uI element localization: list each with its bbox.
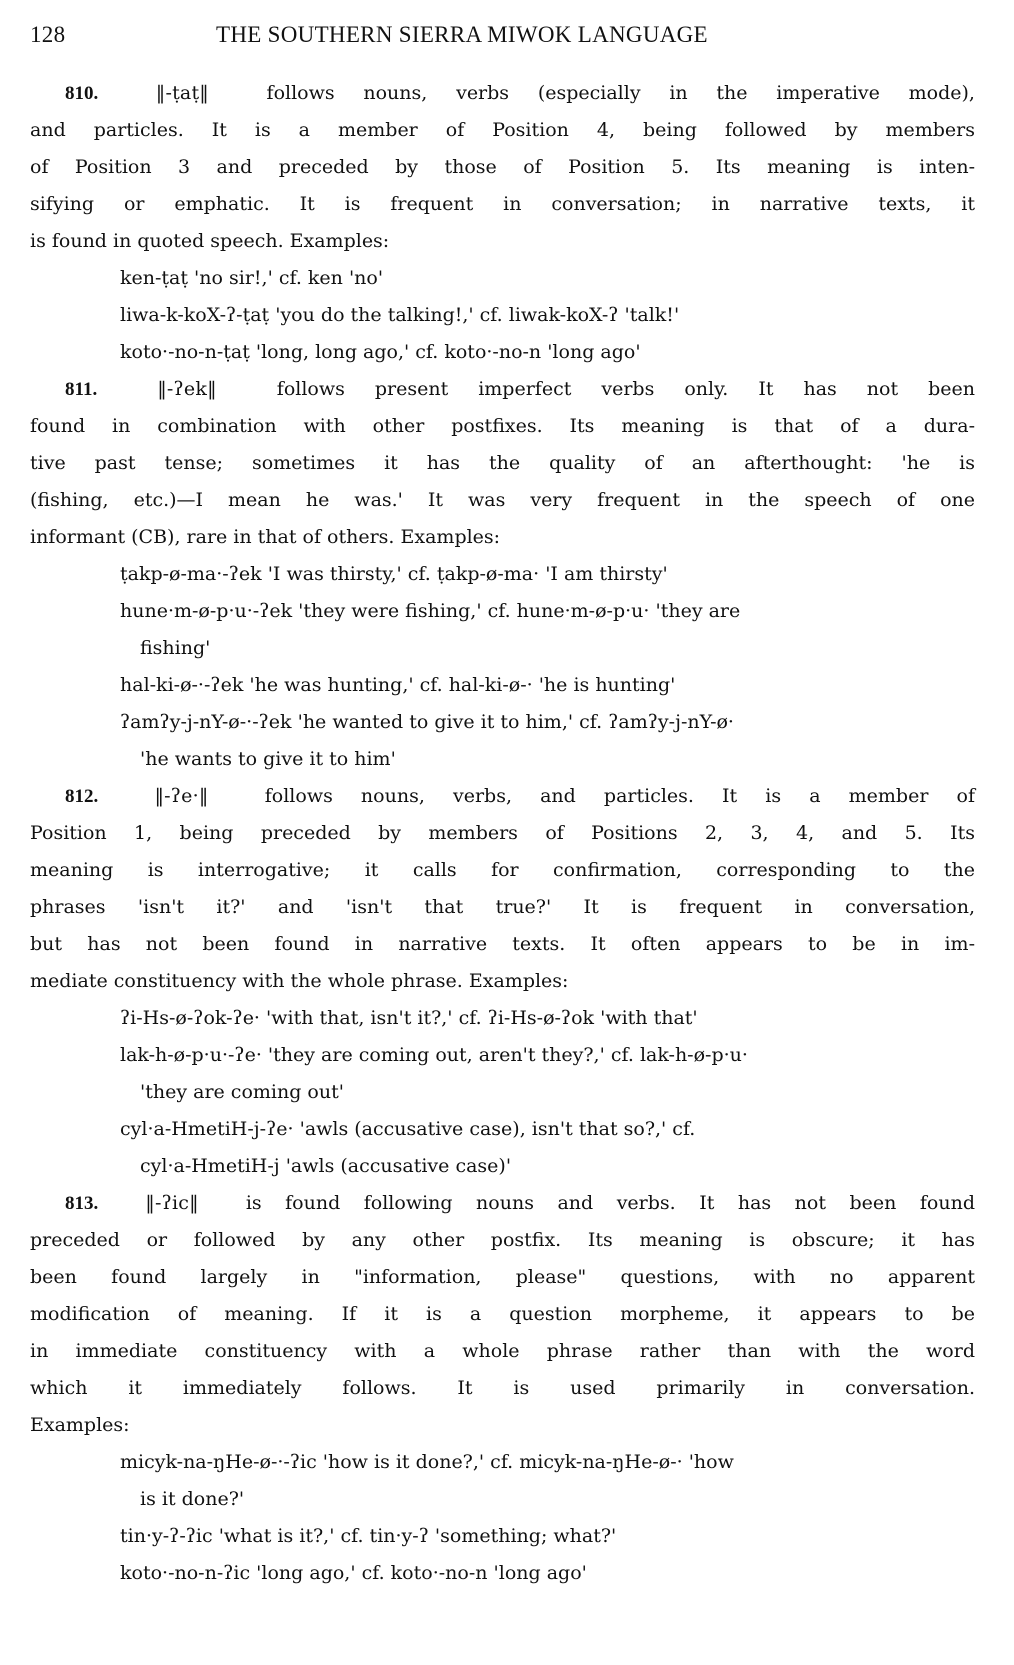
- section-number: 811.: [65, 379, 97, 400]
- example-line: ṭakp-ø-ma·-ʔek 'I was thirsty,' cf. ṭakp…: [30, 556, 975, 593]
- paragraph-text: follows present imperfect verbs only. It…: [277, 378, 975, 400]
- section-number: 813.: [65, 1193, 98, 1214]
- example-line: hal-ki-ø-·-ʔek 'he was hunting,' cf. hal…: [30, 667, 975, 704]
- page-number: 128: [30, 22, 65, 48]
- paragraph-line: mediate constituency with the whole phra…: [30, 963, 975, 1000]
- paragraph-line: but has not been found in narrative text…: [30, 926, 975, 963]
- morpheme: ‖-ʔe·‖: [154, 785, 208, 807]
- paragraph-line: 811. ‖-ʔek‖ follows present imperfect ve…: [30, 371, 975, 408]
- example-line: tin·y-ʔ-ʔic 'what is it?,' cf. tin·y-ʔ '…: [30, 1518, 975, 1555]
- example-line: cyl·a-HmetiH-j-ʔe· 'awls (accusative cas…: [30, 1111, 975, 1148]
- paragraph-line: preceded or followed by any other postfi…: [30, 1222, 975, 1259]
- paragraph-line: modification of meaning. If it is a ques…: [30, 1296, 975, 1333]
- paragraph-line: and particles. It is a member of Positio…: [30, 112, 975, 149]
- paragraph-line: which it immediately follows. It is used…: [30, 1370, 975, 1407]
- paragraph-line: 812. ‖-ʔe·‖ follows nouns, verbs, and pa…: [30, 778, 975, 815]
- paragraph-line: found in combination with other postfixe…: [30, 408, 975, 445]
- example-line: ʔamʔy-j-nY-ø-·-ʔek 'he wanted to give it…: [30, 704, 975, 741]
- example-line: ken-ṭaṭ 'no sir!,' cf. ken 'no': [30, 260, 975, 297]
- paragraph-line: 813. ‖-ʔic‖ is found following nouns and…: [30, 1185, 975, 1222]
- example-line: liwa-k-koX-ʔ-ṭaṭ 'you do the talking!,' …: [30, 297, 975, 334]
- example-line: micyk-na-ŋHe-ø-·-ʔic 'how is it done?,' …: [30, 1444, 975, 1481]
- paragraph-text: follows nouns, verbs, and particles. It …: [265, 785, 975, 807]
- paragraph-line: phrases 'isn't it?' and 'isn't that true…: [30, 889, 975, 926]
- paragraph-line: been found largely in "information, plea…: [30, 1259, 975, 1296]
- example-line: 'they are coming out': [30, 1074, 975, 1111]
- section-811: 811. ‖-ʔek‖ follows present imperfect ve…: [30, 371, 975, 778]
- paragraph-line: Position 1, being preceded by members of…: [30, 815, 975, 852]
- paragraph-line: Examples:: [30, 1407, 975, 1444]
- paragraph-line: is found in quoted speech. Examples:: [30, 223, 975, 260]
- morpheme: ‖-ʔic‖: [145, 1192, 199, 1214]
- section-number: 810.: [65, 83, 98, 104]
- paragraph-line: in immediate constituency with a whole p…: [30, 1333, 975, 1370]
- section-813: 813. ‖-ʔic‖ is found following nouns and…: [30, 1185, 975, 1592]
- paragraph-line: meaning is interrogative; it calls for c…: [30, 852, 975, 889]
- example-line: lak-h-ø-p·u·-ʔe· 'they are coming out, a…: [30, 1037, 975, 1074]
- morpheme: ‖-ṭaṭ‖: [156, 82, 209, 104]
- section-number: 812.: [65, 786, 98, 807]
- page-body: 810. ‖-ṭaṭ‖ follows nouns, verbs (especi…: [30, 75, 975, 1592]
- example-line: fishing': [30, 630, 975, 667]
- example-line: koto·-no-n-ʔic 'long ago,' cf. koto·-no-…: [30, 1555, 975, 1592]
- example-line: koto·-no-n-ṭaṭ 'long, long ago,' cf. kot…: [30, 334, 975, 371]
- paragraph-line: tive past tense; sometimes it has the qu…: [30, 445, 975, 482]
- section-810: 810. ‖-ṭaṭ‖ follows nouns, verbs (especi…: [30, 75, 975, 371]
- example-line: hune·m-ø-p·u·-ʔek 'they were fishing,' c…: [30, 593, 975, 630]
- example-line: ʔi-Hs-ø-ʔok-ʔe· 'with that, isn't it?,' …: [30, 1000, 975, 1037]
- paragraph-line: 810. ‖-ṭaṭ‖ follows nouns, verbs (especi…: [30, 75, 975, 112]
- running-title: THE SOUTHERN SIERRA MIWOK LANGUAGE: [216, 22, 708, 48]
- document-page: 128 THE SOUTHERN SIERRA MIWOK LANGUAGE 8…: [0, 0, 1014, 1665]
- example-line: 'he wants to give it to him': [30, 741, 975, 778]
- paragraph-line: informant (CB), rare in that of others. …: [30, 519, 975, 556]
- section-812: 812. ‖-ʔe·‖ follows nouns, verbs, and pa…: [30, 778, 975, 1185]
- example-line: cyl·a-HmetiH-j 'awls (accusative case)': [30, 1148, 975, 1185]
- paragraph-text: is found following nouns and verbs. It h…: [246, 1192, 975, 1214]
- page-header: 128 THE SOUTHERN SIERRA MIWOK LANGUAGE: [30, 22, 970, 52]
- paragraph-text: follows nouns, verbs (especially in the …: [267, 82, 975, 104]
- paragraph-line: (fishing, etc.)—I mean he was.' It was v…: [30, 482, 975, 519]
- morpheme: ‖-ʔek‖: [157, 378, 217, 400]
- example-line: is it done?': [30, 1481, 975, 1518]
- paragraph-line: sifying or emphatic. It is frequent in c…: [30, 186, 975, 223]
- paragraph-line: of Position 3 and preceded by those of P…: [30, 149, 975, 186]
